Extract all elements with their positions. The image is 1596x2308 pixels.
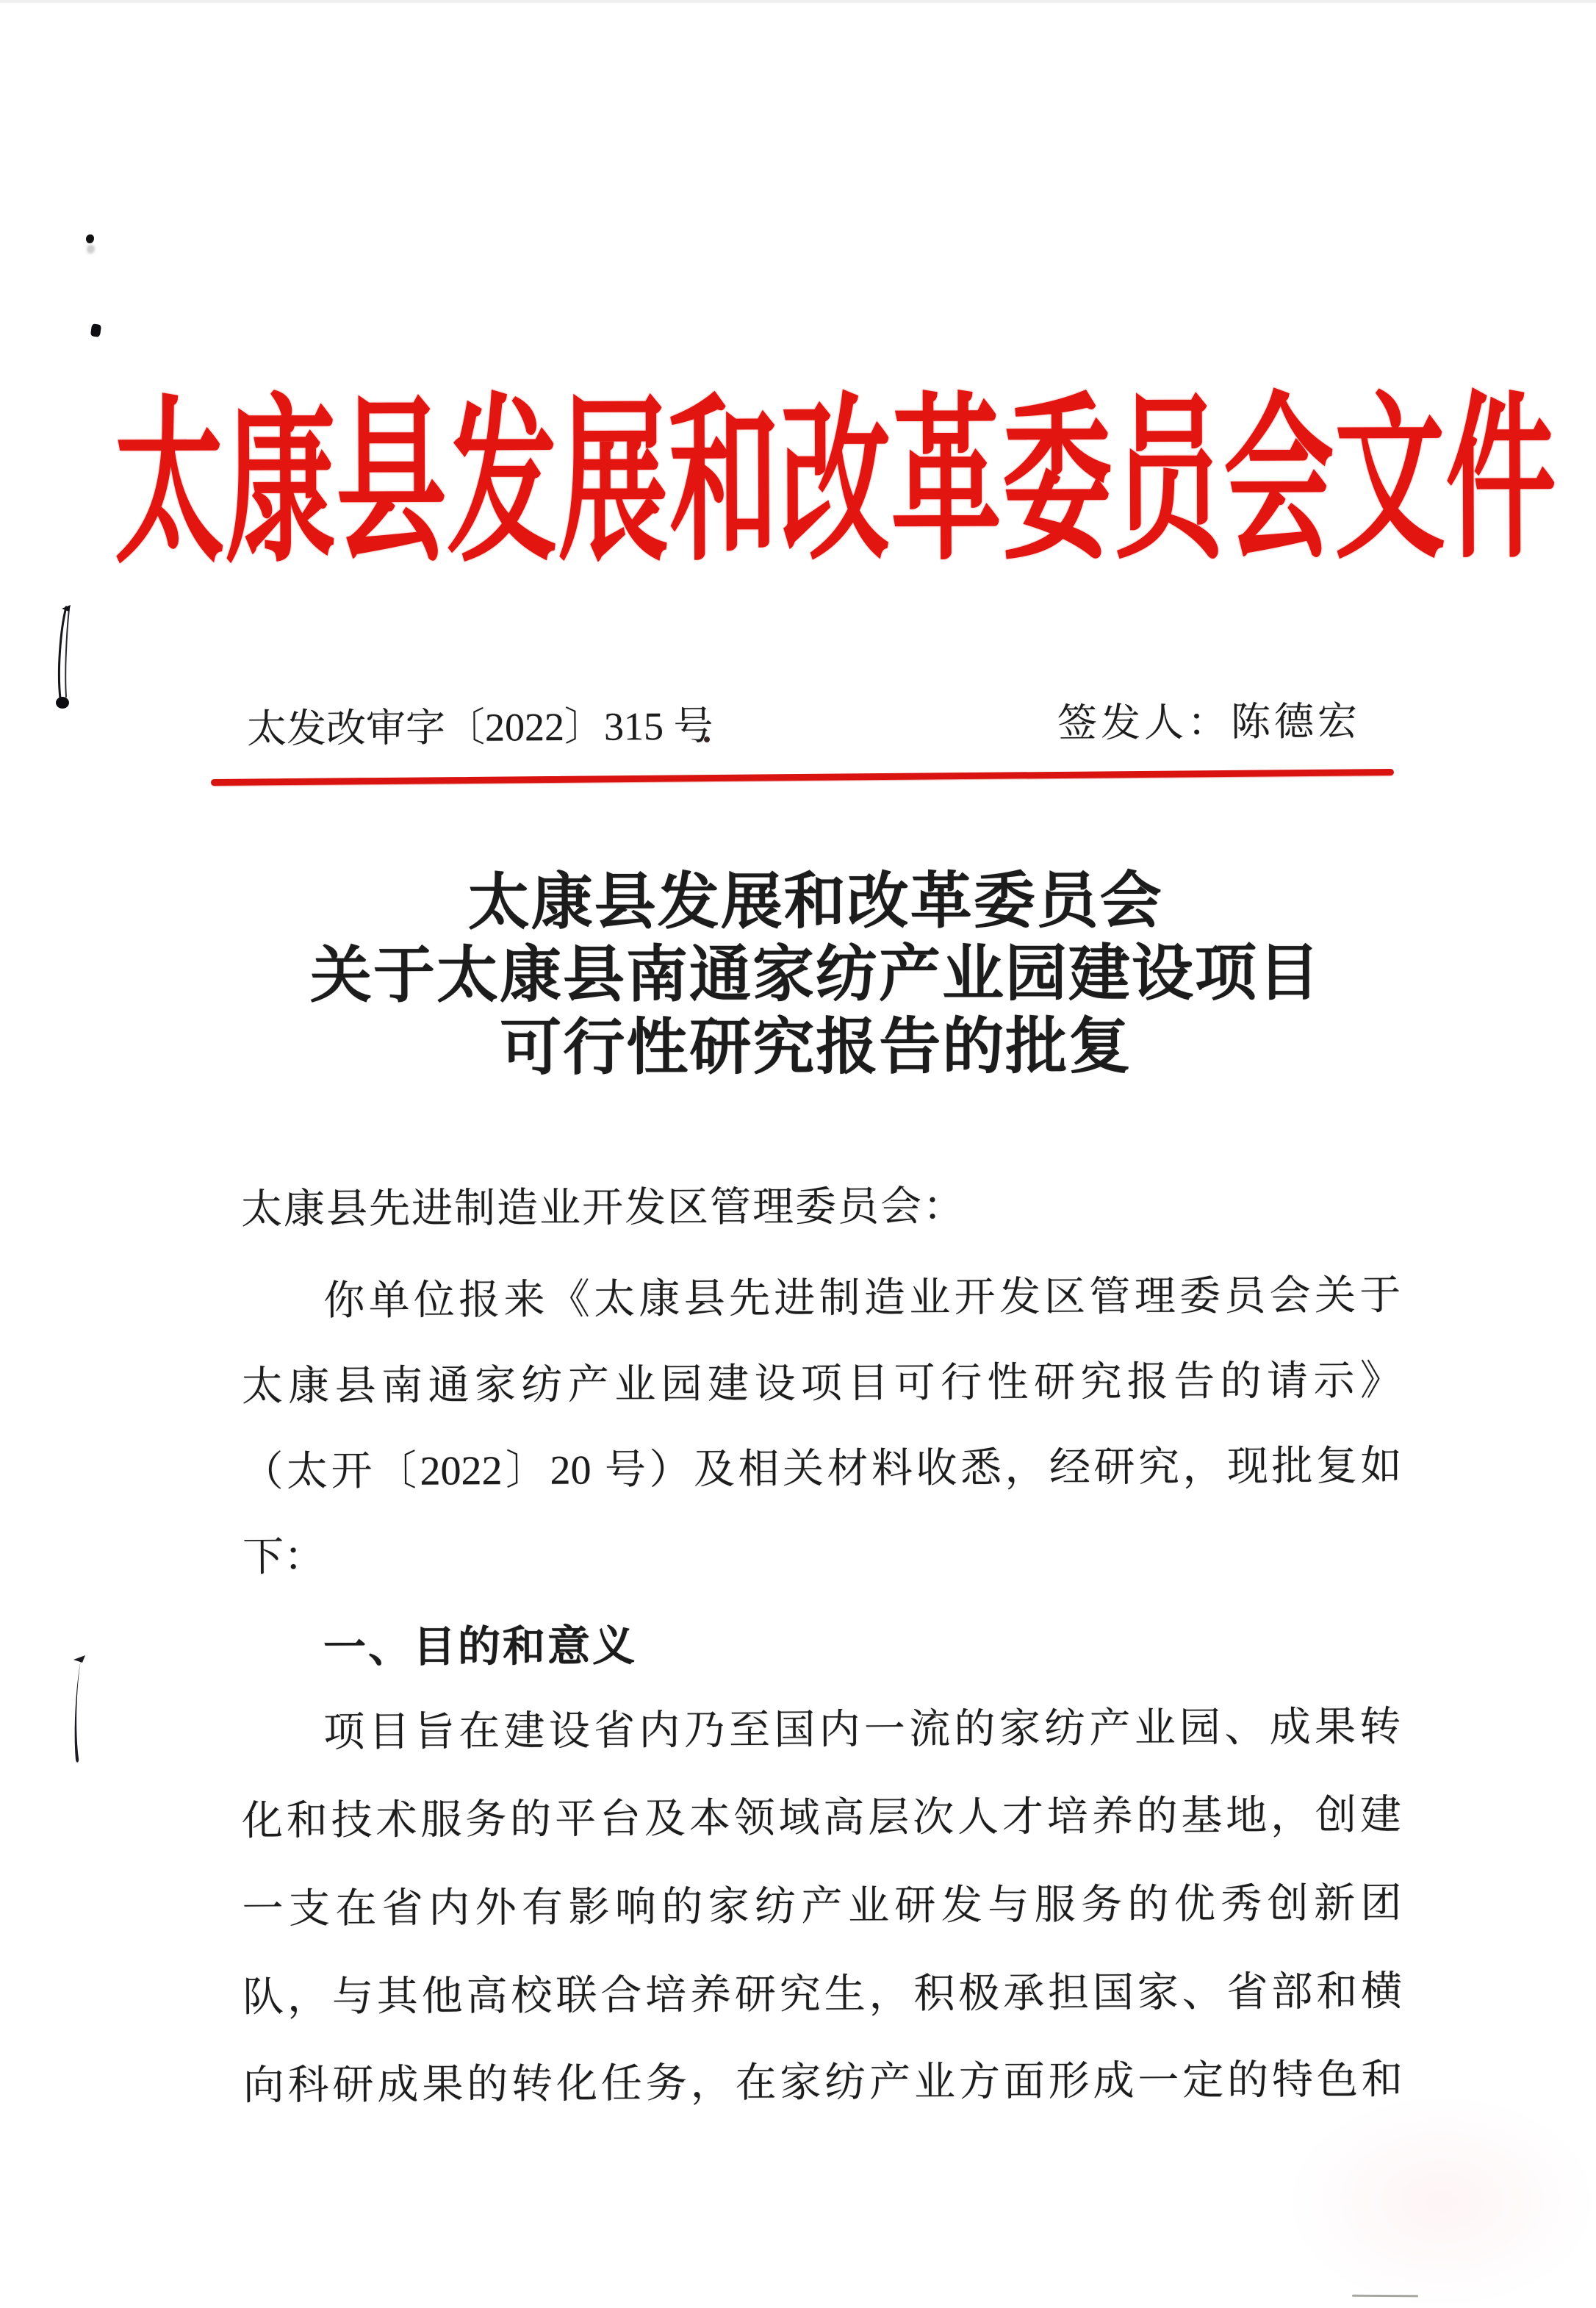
section-heading-1: 一、目的和意义 [323,1621,637,1673]
paragraph-1-line-2: 太康县南通家纺产业园建设项目可行性研究报告的请示》 [242,1338,1402,1430]
document-title-line-2: 关于太康县南通家纺产业园建设项目 [81,936,1550,1013]
paragraph-2-line-3: 一支在省内外有影响的家纺产业研发与服务的优秀创新团 [242,1860,1402,1954]
paragraph-1-line-3: （太开〔2022〕20 号）及相关材料收悉，经研究，现批复如 [242,1424,1402,1515]
scan-artifact-smudge [1352,2295,1418,2298]
letterhead-title: 太康县发展和改革委员会文件 [114,386,1459,581]
document-title-line-1: 太康县发展和改革委员会 [81,864,1550,940]
signer-name: 签发人：陈德宏 [1057,698,1361,747]
paragraph-1-line-4: 下： [242,1509,1403,1600]
doc-number-row: 太发改审字〔2022〕315 号 签发人：陈德宏 [247,698,1361,753]
document-title: 太康县发展和改革委员会 关于太康县南通家纺产业园建设项目 可行性研究报告的批复 [81,864,1551,1086]
paragraph-2: 项目旨在建设省内乃至国内一流的家纺产业园、成果转 化和技术服务的平台及本领域高层… [241,1683,1403,2130]
paragraph-2-line-2: 化和技术服务的平台及本领域高层次人才培养的基地，创建 [242,1771,1402,1866]
document-title-line-3: 可行性研究报告的批复 [81,1009,1550,1086]
paragraph-2-line-5: 向科研成果的转化任务，在家纺产业方面形成一定的特色和 [243,2036,1403,2130]
paragraph-1: 你单位报来《太康县先进制造业开发区管理委员会关于 太康县南通家纺产业园建设项目可… [241,1253,1402,1600]
paragraph-1-line-1: 你单位报来《太康县先进制造业开发区管理委员会关于 [241,1253,1401,1344]
scan-artifact-ink-dot [86,234,94,243]
salutation: 太康县先进制造业开发区管理委员会： [241,1180,1401,1234]
scan-artifact-staple-mark [51,601,76,719]
scan-tint [1287,2095,1596,2308]
red-divider-line [211,769,1394,786]
paragraph-2-line-4: 队，与其他高校联合培养研究生，积极承担国家、省部和横 [242,1948,1403,2042]
paragraph-2-line-1: 项目旨在建设省内乃至国内一流的家纺产业园、成果转 [241,1683,1401,1777]
scan-artifact-ink-dot [90,323,101,337]
doc-number: 太发改审字〔2022〕315 号 [247,703,713,753]
scan-top-edge [0,0,1596,3]
scan-artifact-pen-stroke [69,1654,90,1770]
scanned-document-page: 太康县发展和改革委员会文件 太发改审字〔2022〕315 号 签发人：陈德宏 太… [0,0,1596,2308]
